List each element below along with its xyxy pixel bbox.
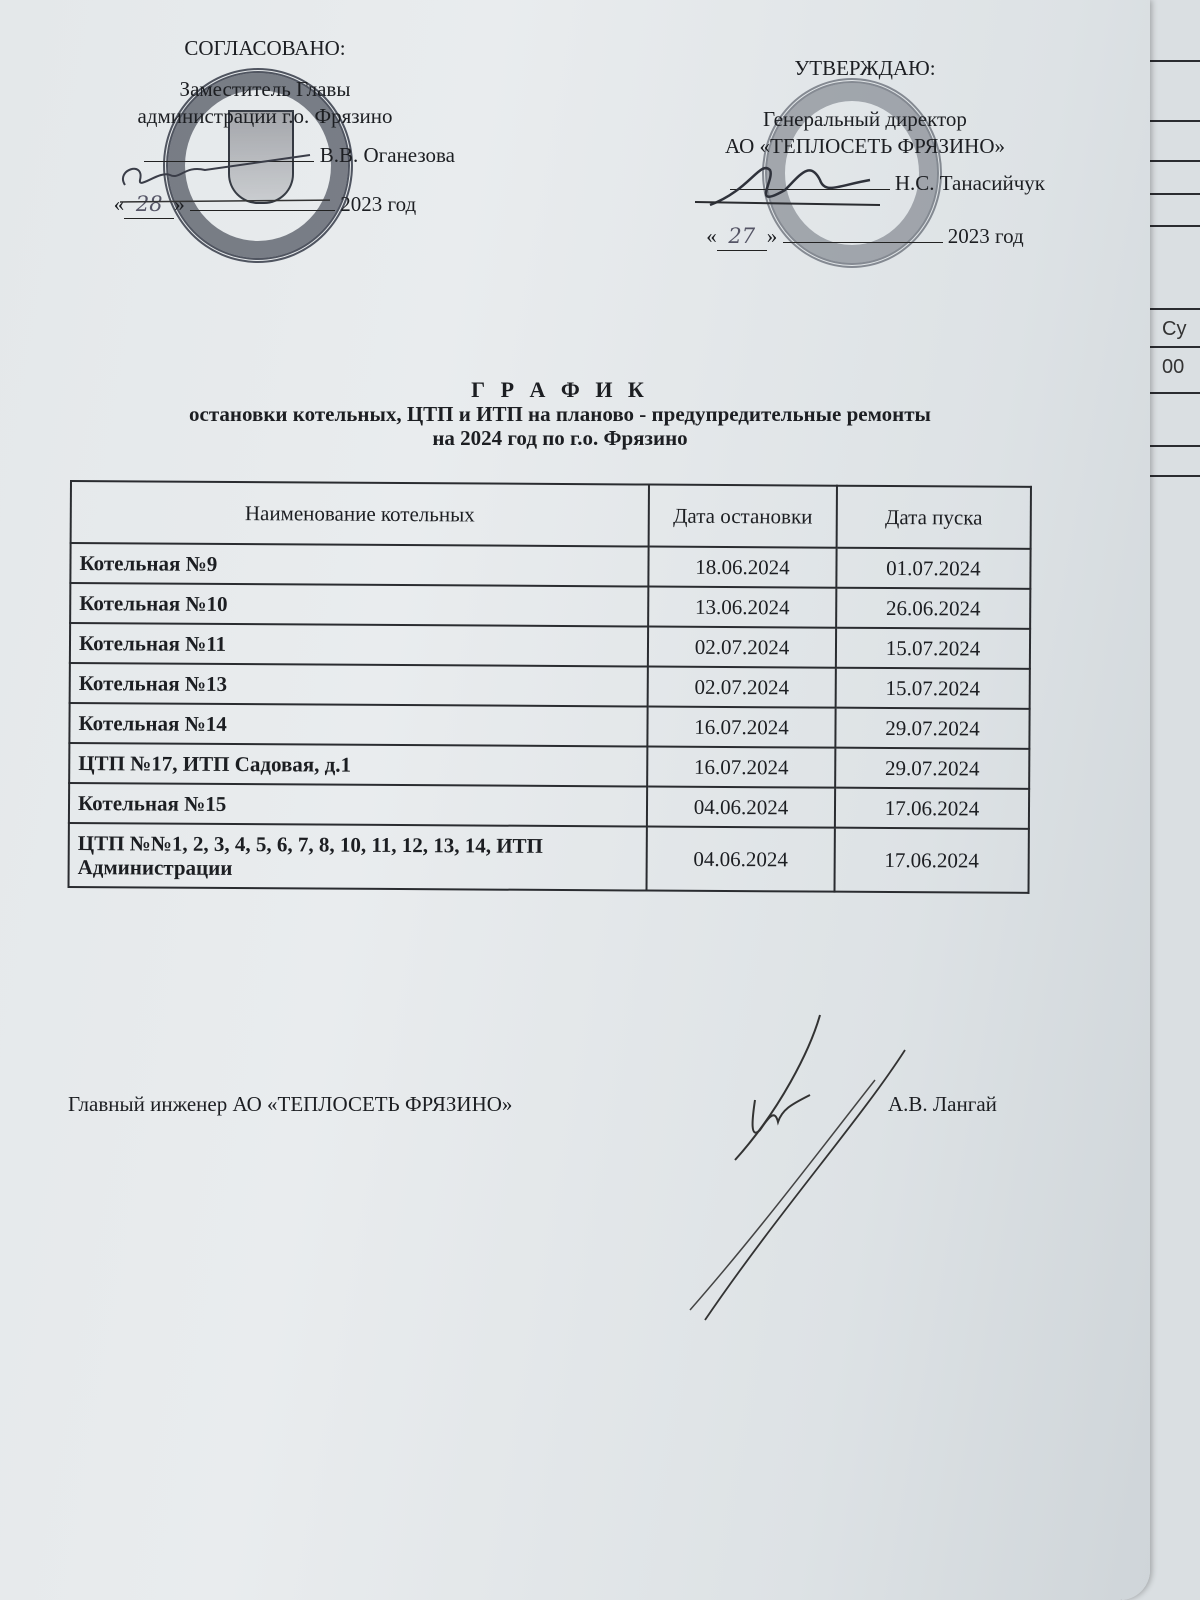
table-row: Котельная №1102.07.202415.07.2024 — [70, 623, 1030, 669]
approval-block-right: УТВЕРЖДАЮ: Генеральный директор АО «ТЕПЛ… — [685, 55, 1045, 251]
row-stop-date-cell: 02.07.2024 — [648, 627, 836, 668]
approval-block-left: СОГЛАСОВАНО: Заместитель Главы администр… — [75, 35, 455, 219]
table-row: Котельная №918.06.202401.07.2024 — [70, 543, 1030, 589]
row-start-date-cell: 29.07.2024 — [835, 708, 1029, 749]
approval-signatory: В.В. Оганезова — [320, 143, 455, 167]
row-start-date-cell: 26.06.2024 — [836, 588, 1030, 629]
table-header-row: Наименование котельных Дата остановки Да… — [71, 481, 1031, 549]
approval-position: Заместитель Главы — [75, 76, 455, 103]
approval-day: 27 — [717, 223, 767, 251]
row-stop-date-cell: 13.06.2024 — [648, 587, 836, 628]
table-row: Котельная №1302.07.202415.07.2024 — [70, 663, 1030, 709]
approval-position: Генеральный директор — [685, 106, 1045, 133]
column-header-stop-date: Дата остановки — [649, 485, 837, 548]
title-subheading: остановки котельных, ЦТП и ИТП на планов… — [80, 402, 1040, 426]
underlying-text-fragment: 00 — [1162, 356, 1184, 379]
row-stop-date-cell: 18.06.2024 — [648, 547, 836, 588]
document-title: Г Р А Ф И К остановки котельных, ЦТП и И… — [80, 378, 1040, 450]
signature-chief-engineer-icon — [660, 1010, 920, 1330]
row-name-cell: ЦТП №17, ИТП Садовая, д.1 — [69, 743, 647, 787]
approval-month — [783, 242, 943, 243]
row-name-cell: ЦТП №№1, 2, 3, 4, 5, 6, 7, 8, 10, 11, 12… — [69, 823, 647, 891]
approval-day: 28 — [124, 191, 174, 219]
table-row: ЦТП №17, ИТП Садовая, д.116.07.202429.07… — [69, 743, 1029, 789]
row-stop-date-cell: 04.06.2024 — [647, 827, 835, 892]
column-header-start-date: Дата пуска — [837, 486, 1031, 549]
row-start-date-cell: 01.07.2024 — [836, 548, 1030, 589]
row-name-cell: Котельная №11 — [70, 623, 648, 667]
approval-position: администрации г.о. Фрязино — [75, 103, 455, 130]
row-name-cell: Котельная №15 — [69, 783, 647, 827]
underlying-text-fragment: Су — [1162, 318, 1186, 341]
row-name-cell: Котельная №10 — [70, 583, 648, 627]
schedule-table: Наименование котельных Дата остановки Да… — [68, 480, 1032, 894]
row-start-date-cell: 17.06.2024 — [835, 788, 1029, 829]
approval-year: 2023 год — [340, 192, 416, 216]
table-row: Котельная №1013.06.202426.06.2024 — [70, 583, 1030, 629]
approval-heading: СОГЛАСОВАНО: — [75, 35, 455, 62]
row-start-date-cell: 17.06.2024 — [834, 828, 1028, 893]
row-name-cell: Котельная №13 — [70, 663, 648, 707]
row-start-date-cell: 29.07.2024 — [835, 748, 1029, 789]
row-start-date-cell: 15.07.2024 — [836, 628, 1030, 669]
table-row: Котельная №1416.07.202429.07.2024 — [69, 703, 1029, 749]
approval-position: АО «ТЕПЛОСЕТЬ ФРЯЗИНО» — [685, 133, 1045, 160]
row-stop-date-cell: 02.07.2024 — [648, 667, 836, 708]
footer-signature-line: Главный инженер АО «ТЕПЛОСЕТЬ ФРЯЗИНО» А… — [68, 1092, 1038, 1117]
title-heading: Г Р А Ф И К — [80, 378, 1040, 402]
column-header-name: Наименование котельных — [71, 481, 649, 547]
approval-heading: УТВЕРЖДАЮ: — [685, 55, 1045, 82]
table-row: ЦТП №№1, 2, 3, 4, 5, 6, 7, 8, 10, 11, 12… — [69, 823, 1029, 893]
document-page: СОГЛАСОВАНО: Заместитель Главы администр… — [0, 0, 1150, 1600]
table-row: Котельная №1504.06.202417.06.2024 — [69, 783, 1029, 829]
footer-position: Главный инженер АО «ТЕПЛОСЕТЬ ФРЯЗИНО» — [68, 1092, 512, 1116]
row-name-cell: Котельная №14 — [69, 703, 647, 747]
approval-signatory: Н.С. Танасийчук — [895, 171, 1045, 195]
row-stop-date-cell: 04.06.2024 — [647, 787, 835, 828]
footer-signatory: А.В. Лангай — [888, 1092, 997, 1117]
row-start-date-cell: 15.07.2024 — [836, 668, 1030, 709]
row-name-cell: Котельная №9 — [70, 543, 648, 587]
approval-month — [190, 210, 335, 211]
row-stop-date-cell: 16.07.2024 — [647, 707, 835, 748]
row-stop-date-cell: 16.07.2024 — [647, 747, 835, 788]
approval-year: 2023 год — [948, 224, 1024, 248]
title-subheading: на 2024 год по г.о. Фрязино — [80, 426, 1040, 450]
